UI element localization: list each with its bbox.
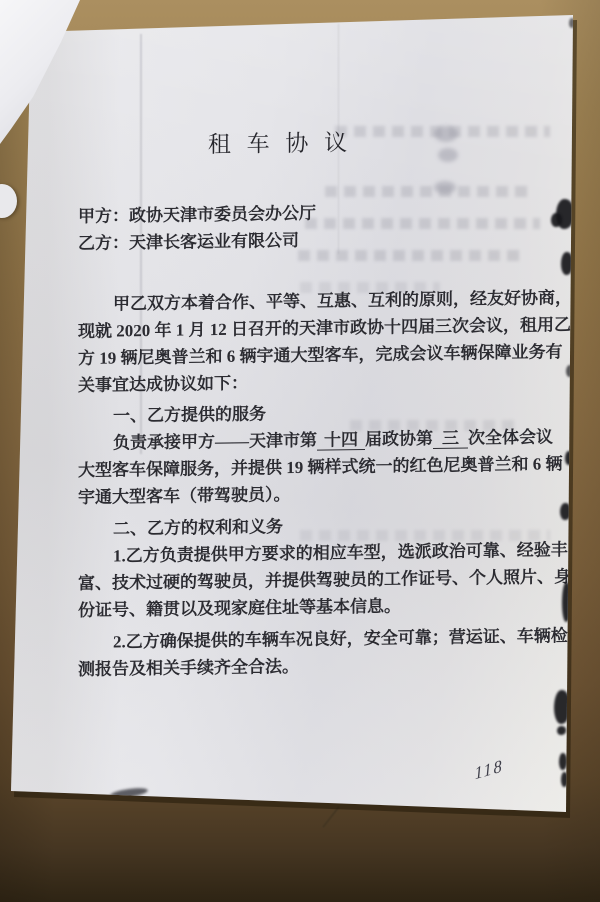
document-title: 租 车 协 议 <box>78 125 482 163</box>
ink-smudge <box>551 213 562 227</box>
section1-paragraph: 负责承接甲方——天津市第十四届政协第三次全体会议 大型客车保障服务，并提供 19… <box>78 424 530 511</box>
intro-line: 关事宜达成协议如下： <box>78 366 530 399</box>
clause1-line: 份证号、籍贯以及现家庭住址等基本信息。 <box>78 591 530 624</box>
intro-paragraph: 甲乙双方本着合作、平等、互惠、互利的原则，经友好协商， 现就 2020 年 1 … <box>78 285 530 399</box>
blank-suffix-text: 次全体会议 <box>468 427 553 447</box>
document-page: 租 车 协 议 甲方：政协天津市委员会办公厅 乙方：天津长客运业有限公司 甲乙双… <box>0 0 600 902</box>
ink-smudge <box>559 753 567 770</box>
blank-mid-text: 届政协第 <box>365 429 433 449</box>
clause1-paragraph: 1.乙方负责提供甲方要求的相应车型，选派政治可靠、经验丰 富、技术过硬的驾驶员，… <box>78 537 530 624</box>
blank-prefix-text: 负责承接甲方——天津市第 <box>113 431 317 453</box>
blank-filled-meeting: 三 <box>433 429 468 449</box>
photo-scene: 租 车 协 议 甲方：政协天津市委员会办公厅 乙方：天津长客运业有限公司 甲乙双… <box>0 0 600 902</box>
document-content: 租 车 协 议 甲方：政协天津市委员会办公厅 乙方：天津长客运业有限公司 甲乙双… <box>78 125 530 683</box>
clause2-paragraph: 2.乙方确保提供的车辆车况良好，安全可靠；营运证、车辆检 测报告及相关手续齐全合… <box>78 623 530 683</box>
parties-block: 甲方：政协天津市委员会办公厅 乙方：天津长客运业有限公司 <box>78 197 530 257</box>
blank-filled-session: 十四 <box>317 430 365 451</box>
ink-smudge <box>557 726 566 735</box>
party-b-line: 乙方：天津长客运业有限公司 <box>78 224 530 257</box>
section1-line: 宇通大型客车（带驾驶员）。 <box>78 478 530 511</box>
